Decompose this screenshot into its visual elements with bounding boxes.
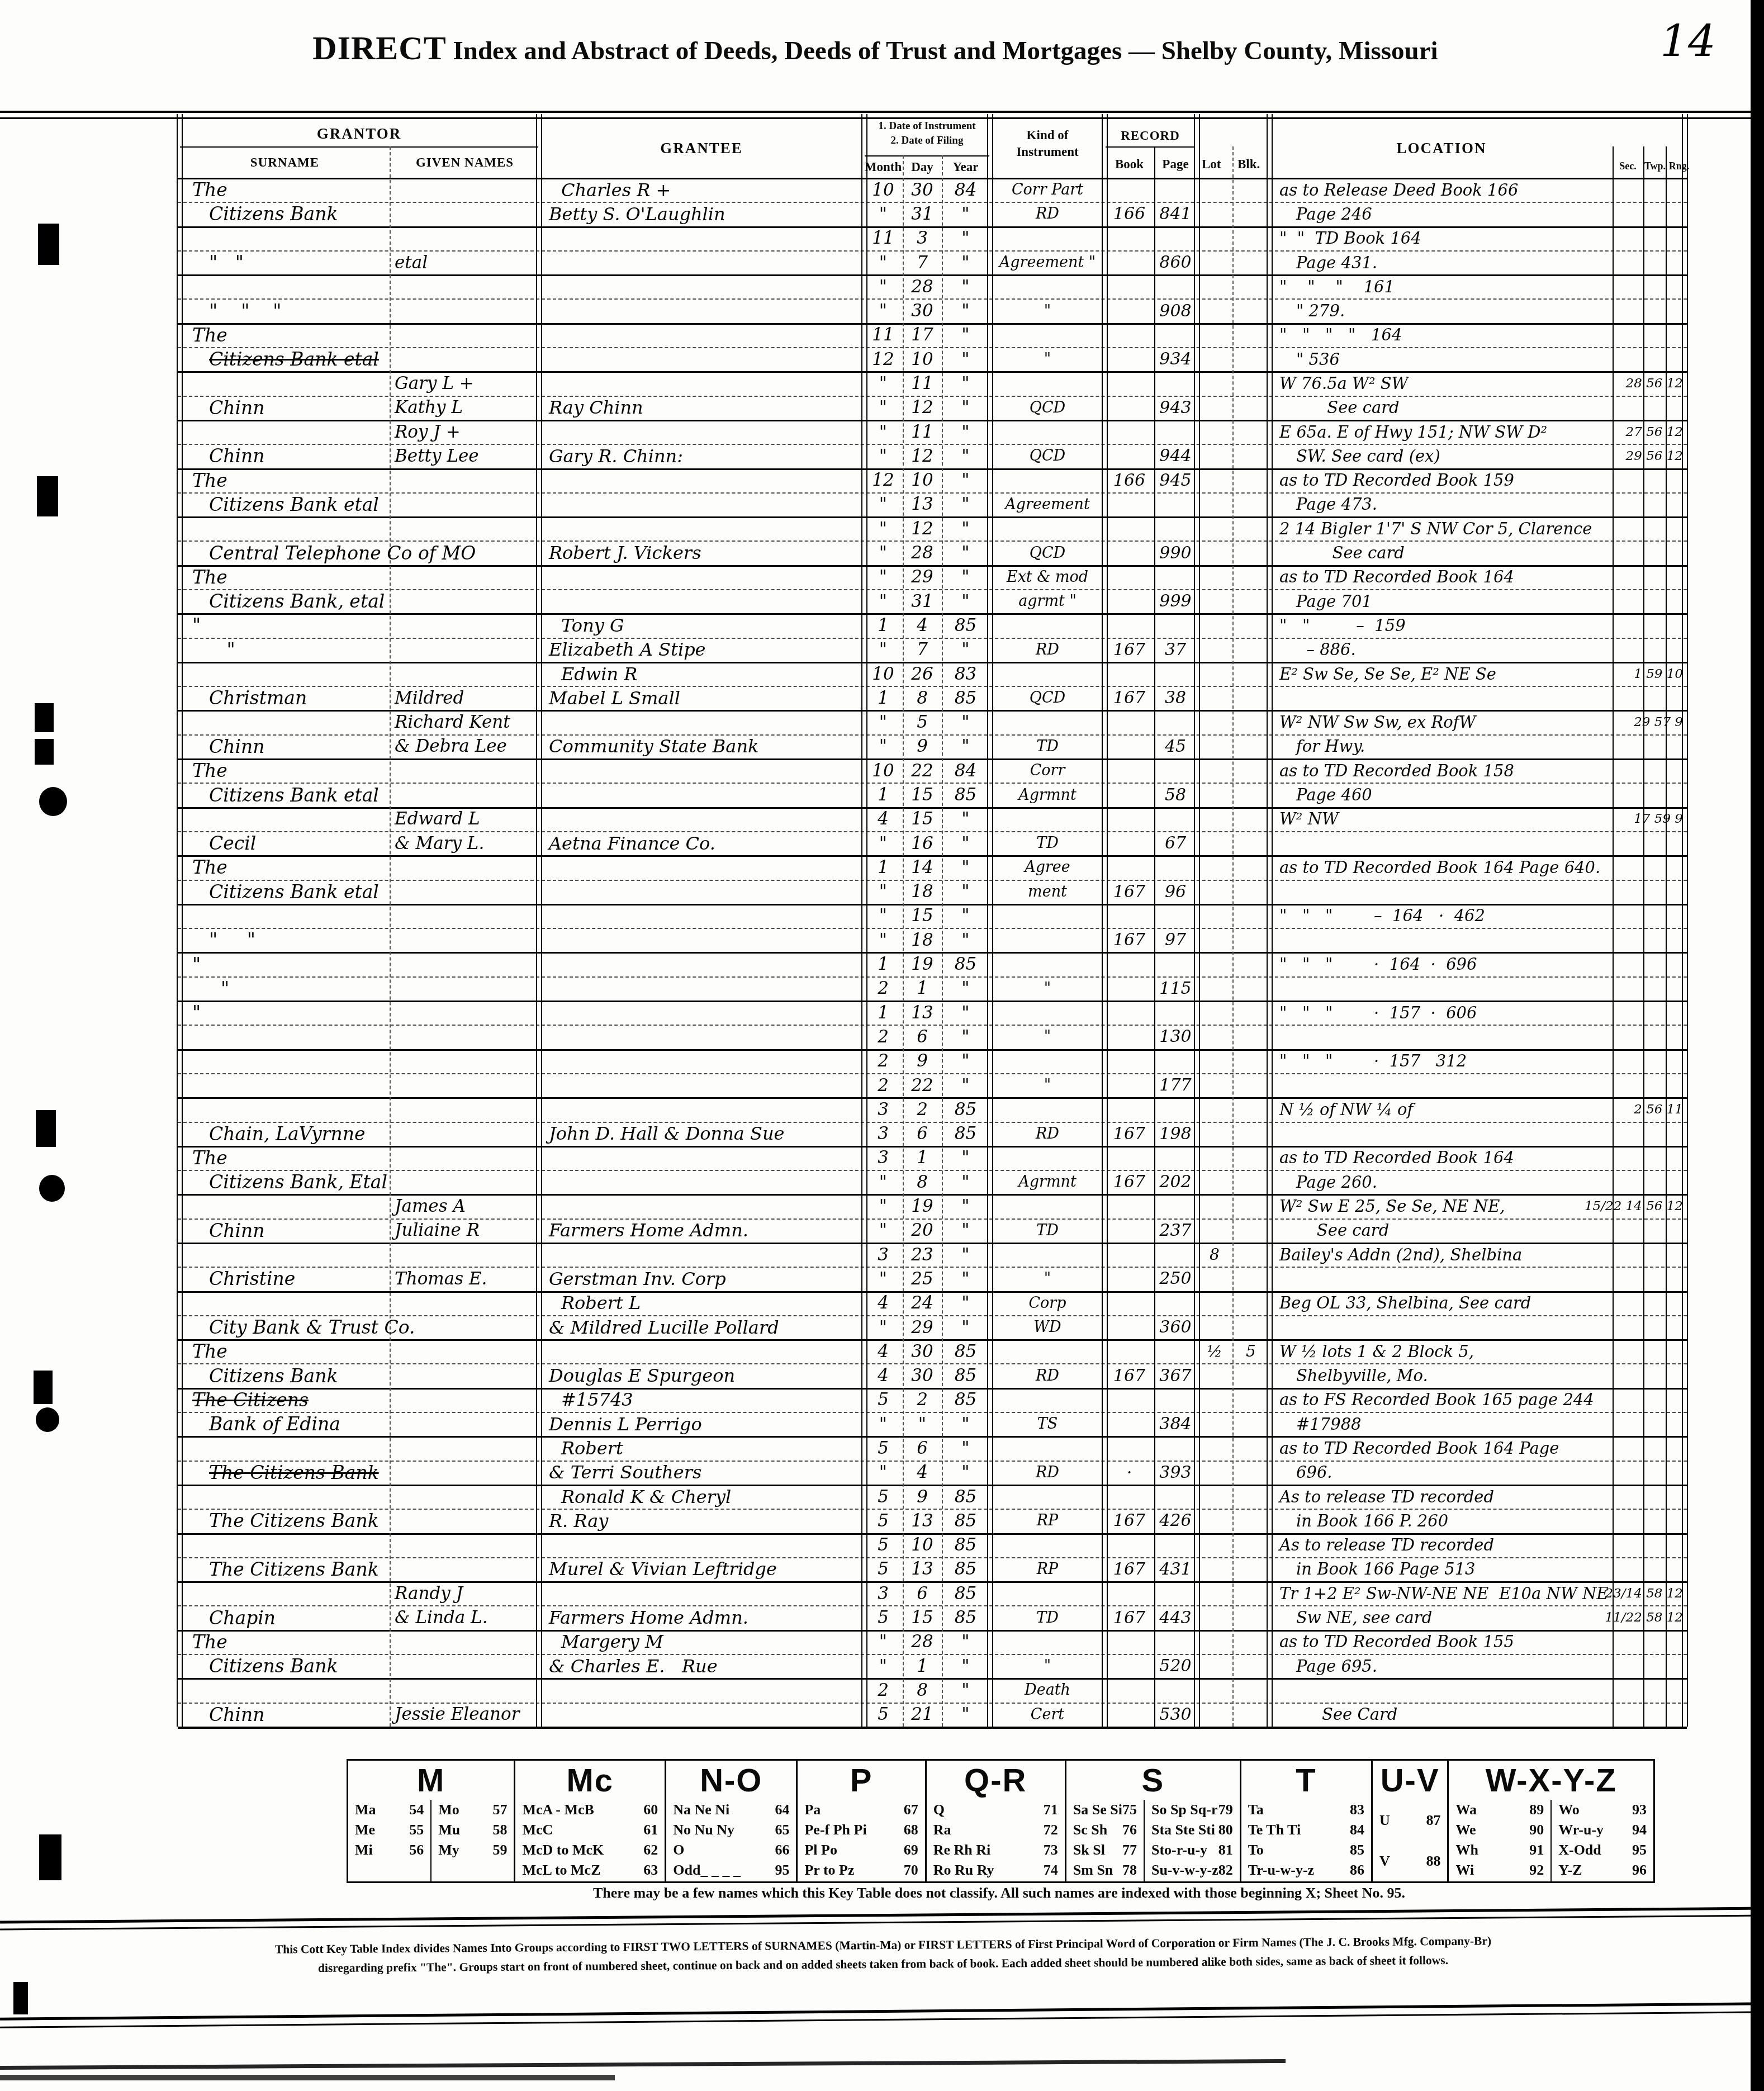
entry-10-e: Tony GElizabeth A Stipe [541, 613, 862, 662]
entry-23-y-line2: " [943, 1267, 988, 1291]
entry-18-d-line2: 6 [904, 1025, 941, 1049]
entry-26-d-line1: 2 [904, 1388, 941, 1412]
key-entry-label: McC [522, 1822, 553, 1838]
entry-14-s-line2: Cecil [180, 831, 388, 855]
entry-5-sec-line2 [1611, 396, 1683, 420]
entry-26-pg: 384 [1156, 1388, 1195, 1436]
entry-11-g-line1 [391, 662, 538, 686]
key-entry: No Nu Ny65 [666, 1820, 796, 1840]
entry-5-g-line2: Kathy L [391, 396, 538, 420]
entry-4-k: " [992, 323, 1103, 372]
key-entry-label: Q [933, 1801, 945, 1818]
entry-5-m-line2: " [865, 396, 902, 420]
entry-30-k: TD [992, 1581, 1103, 1630]
entry-31-e-line2: & Charles E. Rue [541, 1654, 862, 1678]
key-entry: Sto-r-u-y81 [1145, 1840, 1240, 1860]
key-entry-number: 78 [1122, 1862, 1137, 1879]
entry-4-k-line1 [992, 323, 1103, 347]
entry-18-y-line1: " [943, 1001, 988, 1025]
entry-25-m: 44 [865, 1339, 902, 1388]
entry-31-s: TheCitizens Bank [180, 1630, 388, 1679]
entry-23-e-line2: Gerstman Inv. Corp [541, 1267, 862, 1291]
key-entry-label: Wo [1558, 1801, 1580, 1818]
entry-3-loc: " " " 161" 279. [1272, 274, 1610, 323]
entry-12-d: 59 [904, 710, 941, 758]
key-entry-label: Wa [1455, 1801, 1477, 1818]
entry-21-s-line1: The [180, 1146, 388, 1170]
entry-2-pg-line2: 860 [1156, 250, 1195, 274]
entry-9-k: Ext & modagrmt " [992, 565, 1103, 614]
entry-9-loc-line1: as to TD Recorded Book 164 [1272, 565, 1610, 589]
entry-20-bk-line2: 167 [1106, 1122, 1153, 1146]
entry-29-pg: 431 [1156, 1533, 1195, 1582]
key-entry-label: Pa [804, 1801, 821, 1818]
entry-28-bk: 167 [1106, 1485, 1153, 1533]
entry-3-m-line2: " [865, 298, 902, 323]
entry-5-g: Gary L +Kathy L [391, 371, 538, 420]
entry-9-y-line1: " [943, 565, 988, 589]
key-entry-number: 64 [775, 1801, 789, 1818]
entry-12-y: "" [943, 710, 988, 758]
entry-20-y: 8585 [943, 1097, 988, 1146]
key-entry-label: Mi [355, 1842, 373, 1858]
entry-13-loc-line2: Page 460 [1272, 783, 1610, 807]
entry-11-k-line1 [992, 662, 1103, 686]
key-entry-number: 82 [1218, 1862, 1233, 1879]
entry-25-k-line1 [992, 1339, 1103, 1363]
entry-25-e-line1 [541, 1339, 862, 1363]
entry-23-m: 3" [865, 1243, 902, 1291]
entry-20-m-line1: 3 [865, 1097, 902, 1121]
entry-17-m-line1: 1 [865, 952, 902, 976]
entry-1-s-line1: The [180, 178, 388, 202]
entry-16-loc-line2 [1272, 928, 1610, 952]
entry-17-pg: 115 [1156, 952, 1195, 1001]
binder-mark [39, 1834, 61, 1880]
entry-14-d-line1: 15 [904, 807, 941, 831]
entry-2-k: Agreement " [992, 226, 1103, 275]
entry-13-y-line2: 85 [943, 783, 988, 807]
entry-4-pg-line2: 934 [1156, 347, 1195, 371]
binder-mark [35, 703, 54, 732]
entry-19-y-line1: " [943, 1049, 988, 1073]
entry-7-y: "" [943, 468, 988, 517]
entry-12-loc-line2: for Hwy. [1272, 734, 1610, 758]
key-entry-number: 83 [1350, 1801, 1364, 1818]
entry-17-pg-line1 [1156, 952, 1195, 976]
binder-mark [37, 476, 58, 516]
entry-17-pg-line2: 115 [1156, 976, 1195, 1001]
entry-14-e-line1 [541, 807, 862, 831]
entry-2-loc: " " TD Book 164Page 431. [1272, 226, 1610, 275]
page-title-direct: DIRECT [312, 30, 446, 67]
key-group-P: PPa67Pe-f Ph Pi68Pl Po69Pr to Pz70 [796, 1761, 924, 1881]
sheet-number: 14 [1638, 17, 1738, 67]
entry-9-m: "" [865, 565, 902, 614]
key-subcolumn: Na Ne Ni64No Nu Ny65O66Odd_ _ _ _95 [666, 1800, 796, 1881]
key-entry-number: 84 [1350, 1822, 1364, 1838]
header-grantor: GRANTOR [180, 121, 538, 146]
entry-28-m-line2: 5 [865, 1509, 902, 1533]
entry-8-loc-line2: See card [1272, 540, 1610, 565]
entry-22-d-line1: 19 [904, 1194, 941, 1218]
entry-27-m: 5" [865, 1436, 902, 1485]
header-page: Page [1156, 154, 1195, 174]
entry-23-y: "" [943, 1243, 988, 1291]
entry-1-y: 84" [943, 178, 988, 226]
entry-15-pg-line1 [1156, 855, 1195, 879]
entry-11-y-line1: 83 [943, 662, 988, 686]
entry-3-s-line2: " " " [180, 298, 388, 323]
entry-6-s-line1 [180, 420, 388, 444]
entry-1-loc-line1: as to Release Deed Book 166 [1272, 178, 1610, 202]
key-entry-label: Mo [438, 1801, 459, 1818]
entry-11-s-line2: Christman [180, 686, 388, 710]
entry-32-g-line1 [391, 1678, 538, 1702]
key-entry-label: Ra [933, 1822, 951, 1838]
entry-23-s-line1 [180, 1243, 388, 1267]
key-entry: McC61 [515, 1820, 665, 1840]
entry-25-bk-line1 [1106, 1339, 1153, 1363]
entry-26-k-line2: TS [992, 1412, 1103, 1436]
entry-22-s-line1 [180, 1194, 388, 1218]
entry-11-loc-line2 [1272, 686, 1610, 710]
entry-10-d: 47 [904, 613, 941, 662]
entry-9-pg-line1 [1156, 565, 1195, 589]
entry-17-loc-line2 [1272, 976, 1610, 1001]
entry-30-pg-line2: 443 [1156, 1605, 1195, 1629]
entry-24-k: CorpWD [992, 1291, 1103, 1340]
entry-9-k-line1: Ext & mod [992, 565, 1103, 589]
entry-32-k: DeathCert [992, 1678, 1103, 1727]
entry-10-y: 85" [943, 613, 988, 662]
entry-17-k-line1 [992, 952, 1103, 976]
key-entry-label: To [1248, 1842, 1264, 1858]
entry-3-s-line1 [180, 274, 388, 298]
entry-8-y-line2: " [943, 540, 988, 565]
entry-6-d-line1: 11 [904, 420, 941, 444]
key-entry: Wo93 [1552, 1800, 1653, 1820]
entry-6-m-line2: " [865, 444, 902, 468]
entry-11-k: QCD [992, 662, 1103, 710]
entry-11-s-line1 [180, 662, 388, 686]
key-entry-label: Wr-u-y [1558, 1822, 1604, 1838]
entry-18-k-line2: " [992, 1025, 1103, 1049]
entry-5-e: Ray Chinn [541, 371, 862, 420]
entry-12-pg-line1 [1156, 710, 1195, 734]
key-entry-number: 89 [1529, 1801, 1544, 1818]
key-entry-label: O [673, 1842, 684, 1858]
entry-8-d-line1: 12 [904, 516, 941, 540]
entry-10-s-line2: " [180, 638, 388, 662]
entry-21-y: "" [943, 1146, 988, 1194]
key-entry-label: No Nu Ny [673, 1822, 734, 1838]
entry-11-y-line2: 85 [943, 686, 988, 710]
entry-31-loc-line1: as to TD Recorded Book 155 [1272, 1630, 1610, 1654]
entry-10-y-line1: 85 [943, 613, 988, 637]
rule [1106, 146, 1195, 148]
entry-3-pg-line1 [1156, 274, 1195, 298]
key-entry-label: McL to McZ [522, 1862, 600, 1879]
entry-8-e-line1 [541, 516, 862, 540]
entry-11-m-line1: 10 [865, 662, 902, 686]
key-entry: We90 [1449, 1820, 1550, 1840]
key-entry-label: Odd_ _ _ _ [673, 1862, 741, 1879]
key-group-U-V: U-VU87V88 [1371, 1761, 1447, 1881]
entry-10-pg-line2: 37 [1156, 638, 1195, 662]
key-entry-label: Re Rh Ri [933, 1842, 991, 1858]
rule [0, 111, 1751, 113]
entry-3-k: " [992, 274, 1103, 323]
key-entry: Mi56 [348, 1840, 430, 1860]
entry-11-loc-line1: E² Sw Se, Se Se, E² NE Se [1272, 662, 1610, 686]
entry-26-m-line2: " [865, 1412, 902, 1436]
entry-21-m-line1: 3 [865, 1146, 902, 1170]
entry-17-m-line2: 2 [865, 976, 902, 1001]
entry-7-s: TheCitizens Bank etal [180, 468, 388, 517]
entry-9-s: TheCitizens Bank, etal [180, 565, 388, 614]
entry-17-s-line1: " [180, 952, 388, 976]
entry-10-pg: 37 [1156, 613, 1195, 662]
entry-18-d: 136 [904, 1001, 941, 1049]
entry-24-y-line2: " [943, 1315, 988, 1339]
entry-30-s: Chapin [180, 1581, 388, 1630]
key-entry-number: 56 [409, 1842, 424, 1858]
entry-6-loc-line1: E 65a. E of Hwy 151; NW SW D² [1272, 420, 1610, 444]
entry-17-k-line2: " [992, 976, 1103, 1001]
key-entry-number: 71 [1044, 1801, 1058, 1818]
entry-11-bk-line2: 167 [1106, 686, 1153, 710]
entry-19-k-line1 [992, 1049, 1103, 1073]
key-group-header: S [1066, 1761, 1240, 1800]
key-table-note: There may be a few names which this Key … [347, 1885, 1652, 1902]
entry-9-d-line1: 29 [904, 565, 941, 589]
entry-11-g: Mildred [391, 662, 538, 710]
entry-31-e-line1: Margery M [541, 1630, 862, 1654]
entry-19-m: 22 [865, 1049, 902, 1098]
entry-23-d-line1: 23 [904, 1243, 941, 1267]
entry-8-e: Robert J. Vickers [541, 516, 862, 565]
key-entry: So Sp Sq-r79 [1145, 1800, 1240, 1820]
entry-21-loc-line2: Page 260. [1272, 1170, 1610, 1194]
key-entry-number: 69 [904, 1842, 918, 1858]
entry-12-loc: W² NW Sw Sw, ex RofWfor Hwy. [1272, 710, 1610, 758]
key-entry: Wr-u-y94 [1552, 1820, 1653, 1840]
entry-21-bk-line1 [1106, 1146, 1153, 1170]
entry-16-s-line2: " " [180, 928, 388, 952]
entry-28-y-line1: 85 [943, 1485, 988, 1509]
entry-30-bk: 167 [1106, 1581, 1153, 1630]
entry-15-loc: as to TD Recorded Book 164 Page 640. [1272, 855, 1610, 904]
entry-4-pg: 934 [1156, 323, 1195, 372]
entry-30-g: Randy J& Linda L. [391, 1581, 538, 1630]
entry-1-e: Charles R +Betty S. O'Laughlin [541, 178, 862, 226]
key-subcolumn: Ma54Me55Mi56 [348, 1800, 430, 1881]
entry-4-d: 1710 [904, 323, 941, 372]
entry-21-pg-line2: 202 [1156, 1170, 1195, 1194]
entry-27-loc-line2: 696. [1272, 1461, 1610, 1485]
entry-5-k-line2: QCD [992, 396, 1103, 420]
entry-3-loc-line1: " " " 161 [1272, 274, 1610, 298]
entry-13-d-line2: 15 [904, 783, 941, 807]
key-entry: Pe-f Ph Pi68 [798, 1820, 924, 1840]
entry-16-m-line2: " [865, 928, 902, 952]
entry-5-m: "" [865, 371, 902, 420]
entry-12-d-line2: 9 [904, 734, 941, 758]
entry-11-pg: 38 [1156, 662, 1195, 710]
rule [865, 155, 989, 157]
entry-28-s-line1 [180, 1485, 388, 1509]
entry-8-d: 1228 [904, 516, 941, 565]
entry-14-e: Aetna Finance Co. [541, 807, 862, 856]
entry-24-y: "" [943, 1291, 988, 1340]
entry-28-bk-line1 [1106, 1485, 1153, 1509]
key-subcolumn: U87V88 [1373, 1800, 1447, 1881]
entry-2-d-line1: 3 [904, 226, 941, 250]
entry-28-loc-line2: in Book 166 P. 260 [1272, 1509, 1610, 1533]
entry-30-sec-line1: 23/14 58 12 [1611, 1581, 1683, 1605]
entry-27-d-line2: 4 [904, 1461, 941, 1485]
entry-27-bk-line1 [1106, 1436, 1153, 1460]
entry-10-e-line1: Tony G [541, 613, 862, 637]
key-entry: Q71 [927, 1800, 1065, 1820]
key-entry-number: 73 [1044, 1842, 1058, 1858]
entry-32-k-line1: Death [992, 1678, 1103, 1702]
entry-18-s-line2 [180, 1025, 388, 1049]
entry-29-y-line2: 85 [943, 1557, 988, 1581]
key-entry-label: Te Th Ti [1248, 1822, 1301, 1838]
key-entry-label: Wh [1455, 1842, 1478, 1858]
entry-5-y: "" [943, 371, 988, 420]
entry-27-s: The Citizens Bank [180, 1436, 388, 1485]
entry-1-d-line2: 31 [904, 202, 941, 226]
entry-24-k-line1: Corp [992, 1291, 1103, 1315]
entry-24-m-line1: 4 [865, 1291, 902, 1315]
entry-5-pg-line1 [1156, 371, 1195, 395]
entry-30-m-line2: 5 [865, 1605, 902, 1629]
entry-19-loc-line1: " " " · 157 312 [1272, 1049, 1610, 1073]
entry-5-s: Chinn [180, 371, 388, 420]
entry-19-loc: " " " · 157 312 [1272, 1049, 1610, 1098]
entry-28-pg: 426 [1156, 1485, 1195, 1533]
entry-26-y-line2: " [943, 1412, 988, 1436]
entry-30-g-line2: & Linda L. [391, 1605, 538, 1629]
entry-4-s-line1: The [180, 323, 388, 347]
key-entry-number: 57 [492, 1801, 507, 1818]
entry-28-k: RP [992, 1485, 1103, 1533]
entry-7-d-line1: 10 [904, 468, 941, 492]
header-book: Book [1106, 154, 1153, 174]
entry-32-m-line2: 5 [865, 1703, 902, 1727]
entry-11-m-line2: 1 [865, 686, 902, 710]
entry-5-d: 1112 [904, 371, 941, 420]
entry-14-m: 4" [865, 807, 902, 856]
entry-29-bk: 167 [1106, 1533, 1153, 1582]
key-entry-number: 79 [1218, 1801, 1233, 1818]
key-entry-number: 58 [492, 1822, 507, 1838]
entry-4-d-line1: 17 [904, 323, 941, 347]
header-blk: Blk. [1237, 154, 1260, 174]
entry-21-k: Agrmnt [992, 1146, 1103, 1194]
key-group-Mc: McMcA - McB60McC61McD to McK62McL to McZ… [514, 1761, 665, 1881]
entry-1-pg: 841 [1156, 178, 1195, 226]
entry-11-y: 8385 [943, 662, 988, 710]
key-entry-label: Su-v-w-y-z [1151, 1862, 1218, 1879]
entry-29-m: 55 [865, 1533, 902, 1582]
key-entry-label: Pl Po [804, 1842, 837, 1858]
binder-mark [39, 1175, 65, 1202]
entry-22-s: Chinn [180, 1194, 388, 1243]
entry-10-s-line1: " [180, 613, 388, 637]
entry-28-y-line2: 85 [943, 1509, 988, 1533]
entry-11-sec-line1: 1 59 10 [1611, 662, 1683, 686]
entry-25-k: RD [992, 1339, 1103, 1388]
entry-20-m-line2: 3 [865, 1122, 902, 1146]
entry-26-d-line2: " [904, 1412, 941, 1436]
entry-14-k: TD [992, 807, 1103, 856]
entry-15-d-line2: 18 [904, 880, 941, 904]
entry-1-s: TheCitizens Bank [180, 178, 388, 226]
entry-11-pg-line1 [1156, 662, 1195, 686]
entry-16-y-line2: " [943, 928, 988, 952]
entry-7-bk-line2 [1106, 492, 1153, 516]
entry-6-pg-line2: 944 [1156, 444, 1195, 468]
entry-21-bk-line2: 167 [1106, 1170, 1153, 1194]
entry-3-s: " " " [180, 274, 388, 323]
entry-14-sec-line1: 17 59 9 [1611, 807, 1683, 831]
header-sec: Sec. [1613, 157, 1643, 176]
key-entry: McL to McZ63 [515, 1860, 665, 1880]
entry-4-loc: " " " " 164" 536 [1272, 323, 1610, 372]
entry-12-m: "" [865, 710, 902, 758]
entry-7-bk-line1: 166 [1106, 468, 1153, 492]
entry-32-loc-line2: See Card [1272, 1703, 1610, 1727]
entry-19-m-line1: 2 [865, 1049, 902, 1073]
entry-27-y: "" [943, 1436, 988, 1485]
entry-7-loc-line2: Page 473. [1272, 492, 1610, 516]
key-entry-number: 70 [904, 1862, 918, 1879]
entry-2-loc-line2: Page 431. [1272, 250, 1610, 274]
key-entry-label: Sk Sl [1073, 1842, 1105, 1858]
entry-19-k-line2: " [992, 1073, 1103, 1097]
entry-31-loc: as to TD Recorded Book 155Page 695. [1272, 1630, 1610, 1679]
entry-27-pg-line1 [1156, 1436, 1195, 1460]
entry-1-s-line2: Citizens Bank [180, 202, 388, 226]
entry-27-e-line2: & Terri Southers [541, 1461, 862, 1485]
entry-30-y-line1: 85 [943, 1581, 988, 1605]
entry-11-pg-line2: 38 [1156, 686, 1195, 710]
entry-1-k-line2: RD [992, 202, 1103, 226]
entry-25-loc: W ½ lots 1 & 2 Block 5,Shelbyville, Mo. [1272, 1339, 1610, 1388]
entry-32-pg-line1 [1156, 1678, 1195, 1702]
entry-29-bk-line1 [1106, 1533, 1153, 1557]
entry-20-pg-line1 [1156, 1097, 1195, 1121]
entry-2-s-line1 [180, 226, 388, 250]
entry-6-g-line2: Betty Lee [391, 444, 538, 468]
key-entry-number: 63 [643, 1862, 658, 1879]
entry-20-y-line2: 85 [943, 1122, 988, 1146]
entry-21-k-line1 [992, 1146, 1103, 1170]
entry-18-pg: 130 [1156, 1001, 1195, 1049]
entry-15-loc-line2 [1272, 880, 1610, 904]
entry-21-bk: 167 [1106, 1146, 1153, 1194]
key-subcolumn: So Sp Sq-r79Sta Ste Sti80Sto-r-u-y81Su-v… [1144, 1800, 1240, 1881]
entry-8-e-line2: Robert J. Vickers [541, 540, 862, 565]
entry-32-s-line1 [180, 1678, 388, 1702]
key-entry-number: 61 [643, 1822, 658, 1838]
entry-6-loc: E 65a. E of Hwy 151; NW SW D²SW. See car… [1272, 420, 1610, 468]
entry-28-s-line2: The Citizens Bank [180, 1509, 388, 1533]
